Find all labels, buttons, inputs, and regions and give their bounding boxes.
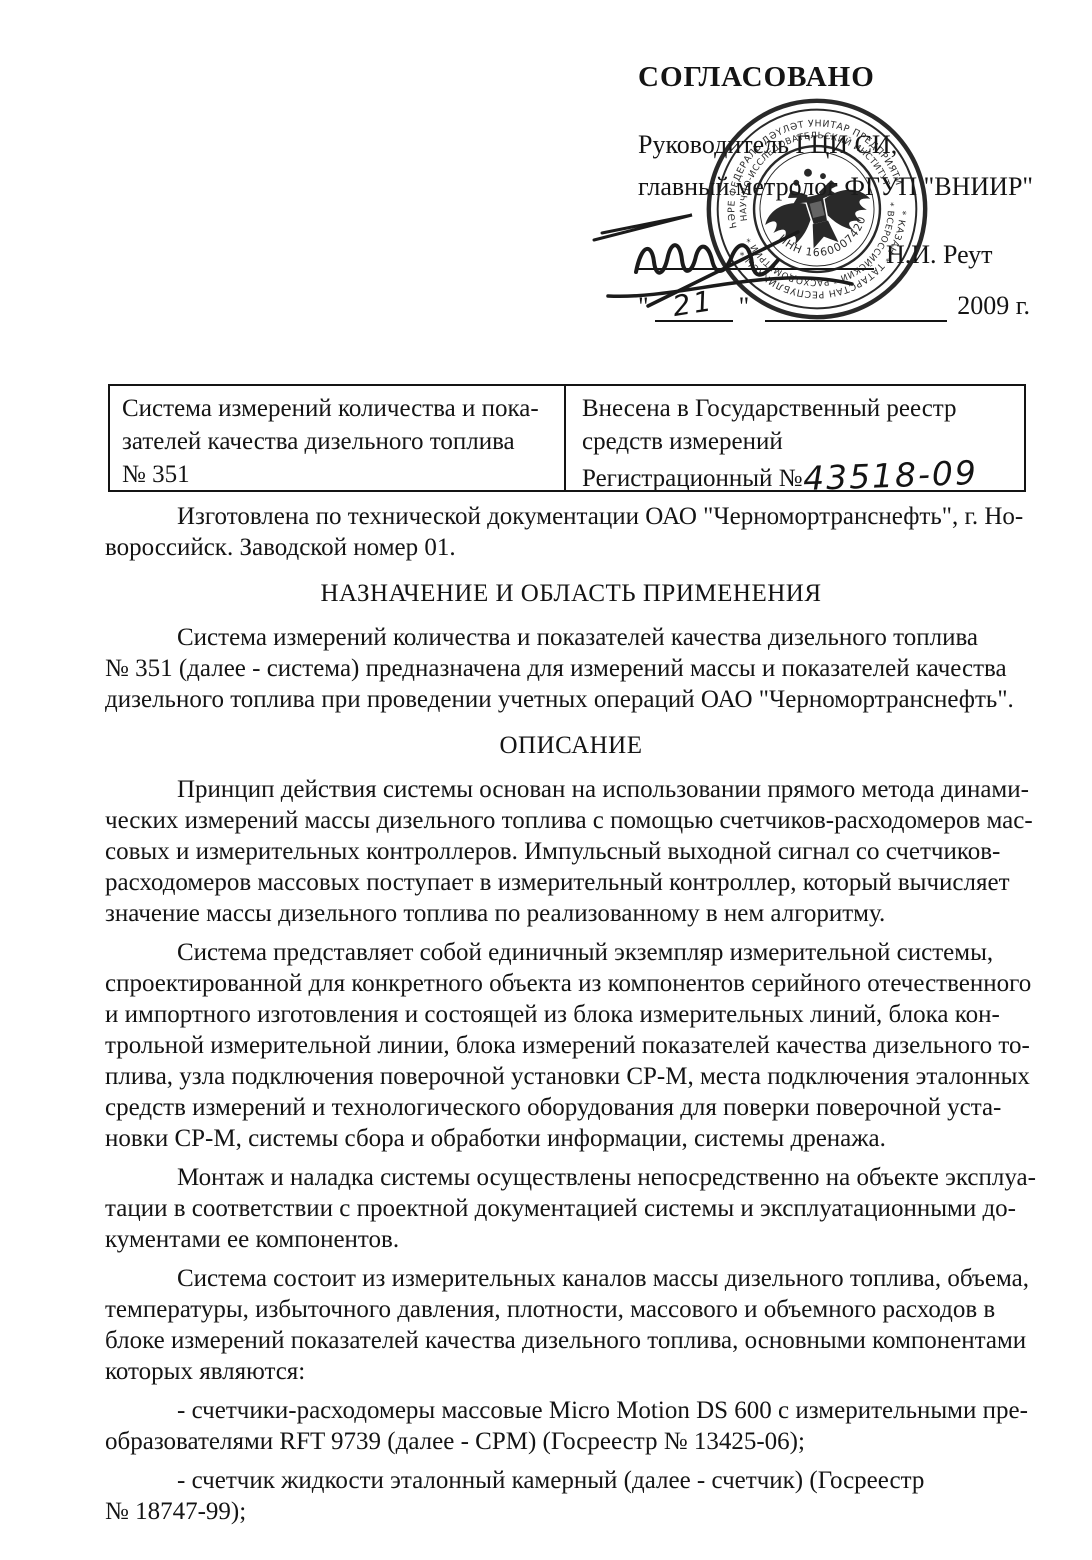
heading-description: ОПИСАНИЕ <box>105 730 1037 761</box>
registry-right-line-1: Внесена в Государственный реестр <box>582 392 1010 425</box>
handwritten-registration-number: 43518-09 <box>802 456 978 495</box>
paragraph-single-instance: Система представляет собой единичный экз… <box>105 937 1037 1154</box>
paragraph-channels: Система состоит из измерительных каналов… <box>105 1263 1037 1387</box>
paragraph-installation: Монтаж и наладка системы осуществлены не… <box>105 1162 1037 1255</box>
document-body: Изготовлена по технической документации … <box>105 501 1037 1535</box>
date-year: 2009 г. <box>957 290 1030 322</box>
paragraph-principle: Принцип действия системы основан на испо… <box>105 774 1037 929</box>
registry-table-right-cell: Внесена в Государственный реестр средств… <box>566 386 1024 490</box>
paragraph-manufactured: Изготовлена по технической документации … <box>105 501 1037 563</box>
registry-table-left-cell: Система измерений количества и пока- зат… <box>110 386 566 490</box>
registry-right-line-3: Регистрационный №43518-09 <box>582 458 1010 495</box>
list-item-reference-counter: - счетчик жидкости эталонный камерный (д… <box>105 1465 1037 1527</box>
document-page: СОГЛАСОВАНО Руководитель ГЦИ СИ, главный… <box>0 0 1092 1560</box>
signature-flourish <box>594 215 692 240</box>
paragraph-purpose: Система измерений количества и показател… <box>105 622 1037 715</box>
list-item-mass-counters: - счетчики-расходомеры массовые Micro Mo… <box>105 1395 1037 1457</box>
registration-label: Регистрационный № <box>582 465 803 492</box>
round-stamp: ШӘҺӘРЕ ФЕДЕРАЛЬ ДӘҮЛӘТ УНИТАР ПРЕДПРИЯТИ… <box>699 91 935 327</box>
registry-table: Система измерений количества и пока- зат… <box>108 384 1026 492</box>
heading-purpose: НАЗНАЧЕНИЕ И ОБЛАСТЬ ПРИМЕНЕНИЯ <box>105 578 1037 609</box>
